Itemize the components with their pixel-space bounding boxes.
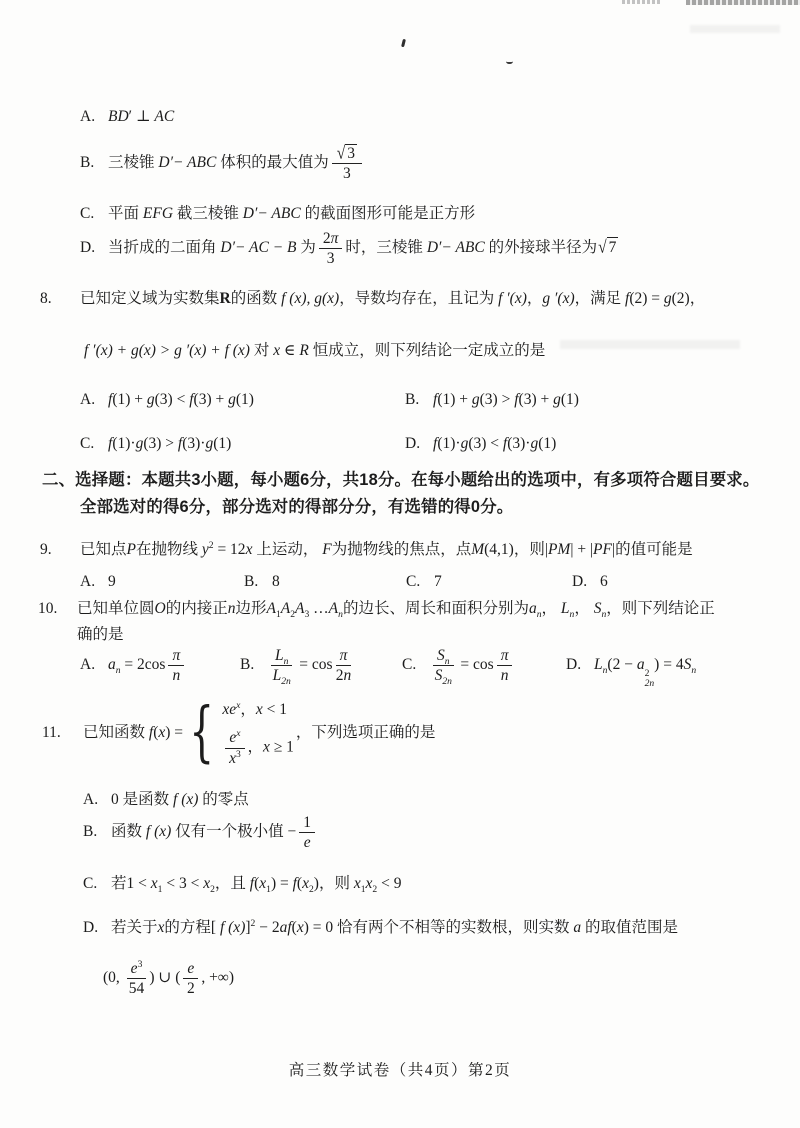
option-value: 6 xyxy=(600,573,608,590)
option-label: D. xyxy=(80,238,96,258)
option-label: D. xyxy=(405,434,421,454)
option-text: f(1)·g(3) > f(3)·g(1) xyxy=(108,435,231,452)
option-text: BD′ ⊥ AC xyxy=(108,108,174,125)
option-label: A. xyxy=(80,390,96,410)
section2-header-line1: 二、选择题：本题共3小题，每小题6分，共18分。在每小题给出的选项中，有多项符合… xyxy=(42,470,759,491)
q9-option-c: C.7 xyxy=(406,572,442,592)
option-text: 0 是函数 f (x) 的零点 xyxy=(111,791,249,808)
option-text: 三棱锥 D′− ABC 体积的最大值为√33 xyxy=(108,154,365,171)
q10-option-d: D.Ln(2 − a22n) = 4Sn xyxy=(566,655,696,689)
q7-option-d: D.当折成的二面角 D′− AC − B 为2π3时，三棱锥 D′− ABC 的… xyxy=(80,230,619,268)
q8-option-b: B.f(1) + g(3) > f(3) + g(1) xyxy=(405,390,579,410)
q11-stem: 11.已知函数 f(x) = {xex，x < 1exx3，x ≥ 1，下列选项… xyxy=(42,700,435,767)
q9-stem: 9.已知点P在抛物线 y2 = 12x 上运动， F为抛物线的焦点，点M(4,1… xyxy=(40,540,693,560)
option-label: C. xyxy=(83,874,99,894)
option-label: B. xyxy=(83,822,99,842)
option-label: D. xyxy=(566,655,582,675)
option-text: 若关于x的方程[ f (x)]2 − 2af(x) = 0 恰有两个不相等的实数… xyxy=(111,919,678,936)
stem-text: 已知单位圆O的内接正n边形A1A2A3 …An的边长、周长和面积分别为an， L… xyxy=(77,600,715,617)
stem-text: 已知定义域为实数集R的函数 f (x), g(x)，导数均存在，且记为 f ′(… xyxy=(80,290,705,307)
q7-option-c: C.平面 EFG 截三棱锥 D′− ABC 的截面图形可能是正方形 xyxy=(80,204,475,224)
option-label: C. xyxy=(402,655,418,675)
section2-header-line2: 全部选对的得6分，部分选对的得部分分，有选错的得0分。 xyxy=(80,497,513,518)
option-label: B. xyxy=(405,390,421,410)
q10-stem-line1: 10.已知单位圆O的内接正n边形A1A2A3 …An的边长、周长和面积分别为an… xyxy=(38,599,715,619)
option-text: 当折成的二面角 D′− AC − B 为2π3时，三棱锥 D′− ABC 的外接… xyxy=(108,239,619,256)
scan-artifact xyxy=(506,57,513,64)
q11-option-d: D.若关于x的方程[ f (x)]2 − 2af(x) = 0 恰有两个不相等的… xyxy=(83,918,678,938)
question-number: 11. xyxy=(42,723,83,743)
option-text: f(1)·g(3) < f(3)·g(1) xyxy=(433,435,556,452)
option-text: 函数 f (x) 仅有一个极小值 −1e xyxy=(111,823,318,840)
q8-stem-line1: 8.已知定义域为实数集R的函数 f (x), g(x)，导数均存在，且记为 f … xyxy=(40,289,705,309)
option-text: an = 2cosπn xyxy=(108,656,187,673)
option-label: C. xyxy=(406,572,422,592)
q10-option-a: A.an = 2cosπn xyxy=(80,647,187,685)
question-number: 8. xyxy=(40,289,80,309)
scan-artifact xyxy=(690,25,780,33)
option-label: B. xyxy=(80,153,96,173)
option-text: f(1) + g(3) < f(3) + g(1) xyxy=(108,391,254,408)
q10-option-b: B.LnL2n = cosπ2n xyxy=(240,647,354,685)
option-text: f(1) + g(3) > f(3) + g(1) xyxy=(433,391,579,408)
q9-option-b: B.8 xyxy=(244,572,280,592)
q11-option-b: B.函数 f (x) 仅有一个极小值 −1e xyxy=(83,814,318,852)
option-label: A. xyxy=(80,107,96,127)
option-value: 9 xyxy=(108,573,116,590)
option-value: 7 xyxy=(434,573,442,590)
option-label: C. xyxy=(80,434,96,454)
option-label: A. xyxy=(80,572,96,592)
stem-text: 已知点P在抛物线 y2 = 12x 上运动， F为抛物线的焦点，点M(4,1)，… xyxy=(80,541,693,558)
q8-stem-line2: f ′(x) + g(x) > g ′(x) + f (x) 对 x ∈ R 恒… xyxy=(84,341,545,361)
q11-option-a: A.0 是函数 f (x) 的零点 xyxy=(83,790,249,810)
q11-option-d-interval: (0, e354) ∪ (e2, +∞) xyxy=(103,960,234,998)
stem-text: 确的是 xyxy=(77,626,124,643)
q7-option-b: B.三棱锥 D′− ABC 体积的最大值为√33 xyxy=(80,144,365,183)
exam-page: A.BD′ ⊥ AC B.三棱锥 D′− ABC 体积的最大值为√33 C.平面… xyxy=(0,0,800,1128)
page-footer: 高三数学试卷（共4页）第2页 xyxy=(0,1058,800,1080)
q7-option-a: A.BD′ ⊥ AC xyxy=(80,107,174,127)
question-number: 9. xyxy=(40,540,80,560)
q10-option-c: C.SnS2n = cosπn xyxy=(402,647,515,685)
scan-artifact xyxy=(560,340,740,349)
q8-option-d: D.f(1)·g(3) < f(3)·g(1) xyxy=(405,434,556,454)
question-number: 10. xyxy=(38,599,77,619)
option-text: Ln(2 − a22n) = 4Sn xyxy=(594,656,696,673)
scan-artifact xyxy=(401,39,405,47)
option-label: D. xyxy=(83,918,99,938)
q8-option-c: C.f(1)·g(3) > f(3)·g(1) xyxy=(80,434,231,454)
q9-option-a: A.9 xyxy=(80,572,116,592)
stem-text: f ′(x) + g(x) > g ′(x) + f (x) 对 x ∈ R 恒… xyxy=(84,342,545,359)
option-text: 若1 < x1 < 3 < x2，且 f(x1) = f(x2)，则 x1x2 … xyxy=(111,875,401,892)
option-text: SnS2n = cosπn xyxy=(430,656,515,673)
q8-option-a: A.f(1) + g(3) < f(3) + g(1) xyxy=(80,390,254,410)
option-value: 8 xyxy=(272,573,280,590)
option-label: B. xyxy=(240,655,256,675)
option-label: C. xyxy=(80,204,96,224)
q10-stem-line2: 确的是 xyxy=(77,625,124,645)
option-text: 平面 EFG 截三棱锥 D′− ABC 的截面图形可能是正方形 xyxy=(108,205,475,222)
option-text: LnL2n = cosπ2n xyxy=(268,656,354,673)
option-label: B. xyxy=(244,572,260,592)
q11-option-c: C.若1 < x1 < 3 < x2，且 f(x1) = f(x2)，则 x1x… xyxy=(83,874,401,894)
option-label: A. xyxy=(80,655,96,675)
option-label: D. xyxy=(572,572,588,592)
interval-expression: (0, e354) ∪ (e2, +∞) xyxy=(103,969,234,986)
scan-artifact xyxy=(622,0,662,4)
option-label: A. xyxy=(83,790,99,810)
stem-text: 已知函数 f(x) = {xex，x < 1exx3，x ≥ 1，下列选项正确的… xyxy=(83,724,435,741)
q9-option-d: D.6 xyxy=(572,572,608,592)
scan-artifact xyxy=(686,0,800,5)
